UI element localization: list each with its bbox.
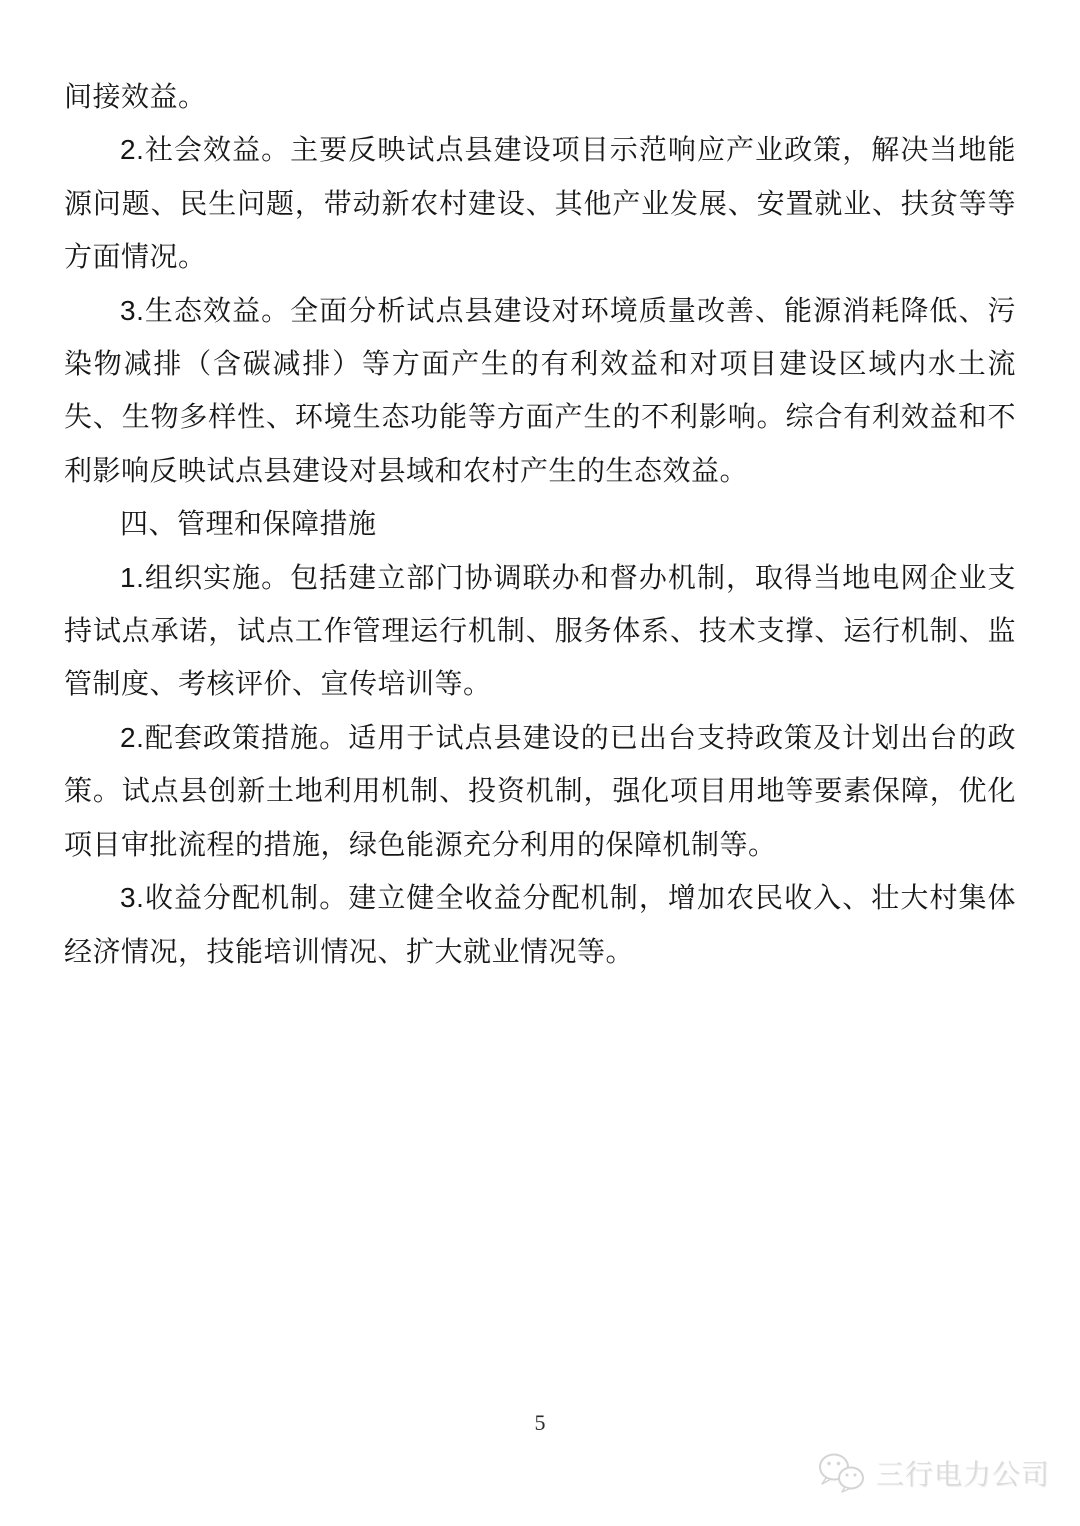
wechat-icon [817, 1452, 867, 1494]
para-2-social-benefits: 2.社会效益。主要反映试点县建设项目示范响应产业政策，解决当地能源问题、民生问题… [64, 123, 1016, 283]
para-3-ecological-benefits: 3.生态效益。全面分析试点县建设对环境质量改善、能源消耗降低、污染物减排（含碳减… [64, 284, 1016, 498]
document-body: 间接效益。 2.社会效益。主要反映试点县建设项目示范响应产业政策，解决当地能源问… [64, 70, 1016, 978]
para-2-supporting-policy-measures: 2.配套政策措施。适用于试点县建设的已出台支持政策及计划出台的政策。试点县创新土… [64, 711, 1016, 871]
page-number: 5 [0, 1410, 1080, 1436]
para-continuation-indirect-benefits: 间接效益。 [64, 70, 1016, 123]
para-1-organization-implementation: 1.组织实施。包括建立部门协调联办和督办机制，取得当地电网企业支持试点承诺，试点… [64, 551, 1016, 711]
heading-section-4-management-safeguards: 四、管理和保障措施 [64, 497, 1016, 550]
watermark-company-name: 三行电力公司 [876, 1453, 1050, 1493]
para-3-income-distribution-mechanism: 3.收益分配机制。建立健全收益分配机制，增加农民收入、壮大村集体经济情况，技能培… [64, 871, 1016, 978]
document-page: 间接效益。 2.社会效益。主要反映试点县建设项目示范响应产业政策，解决当地能源问… [0, 0, 1080, 1526]
watermark: 三行电力公司 [817, 1452, 1050, 1494]
